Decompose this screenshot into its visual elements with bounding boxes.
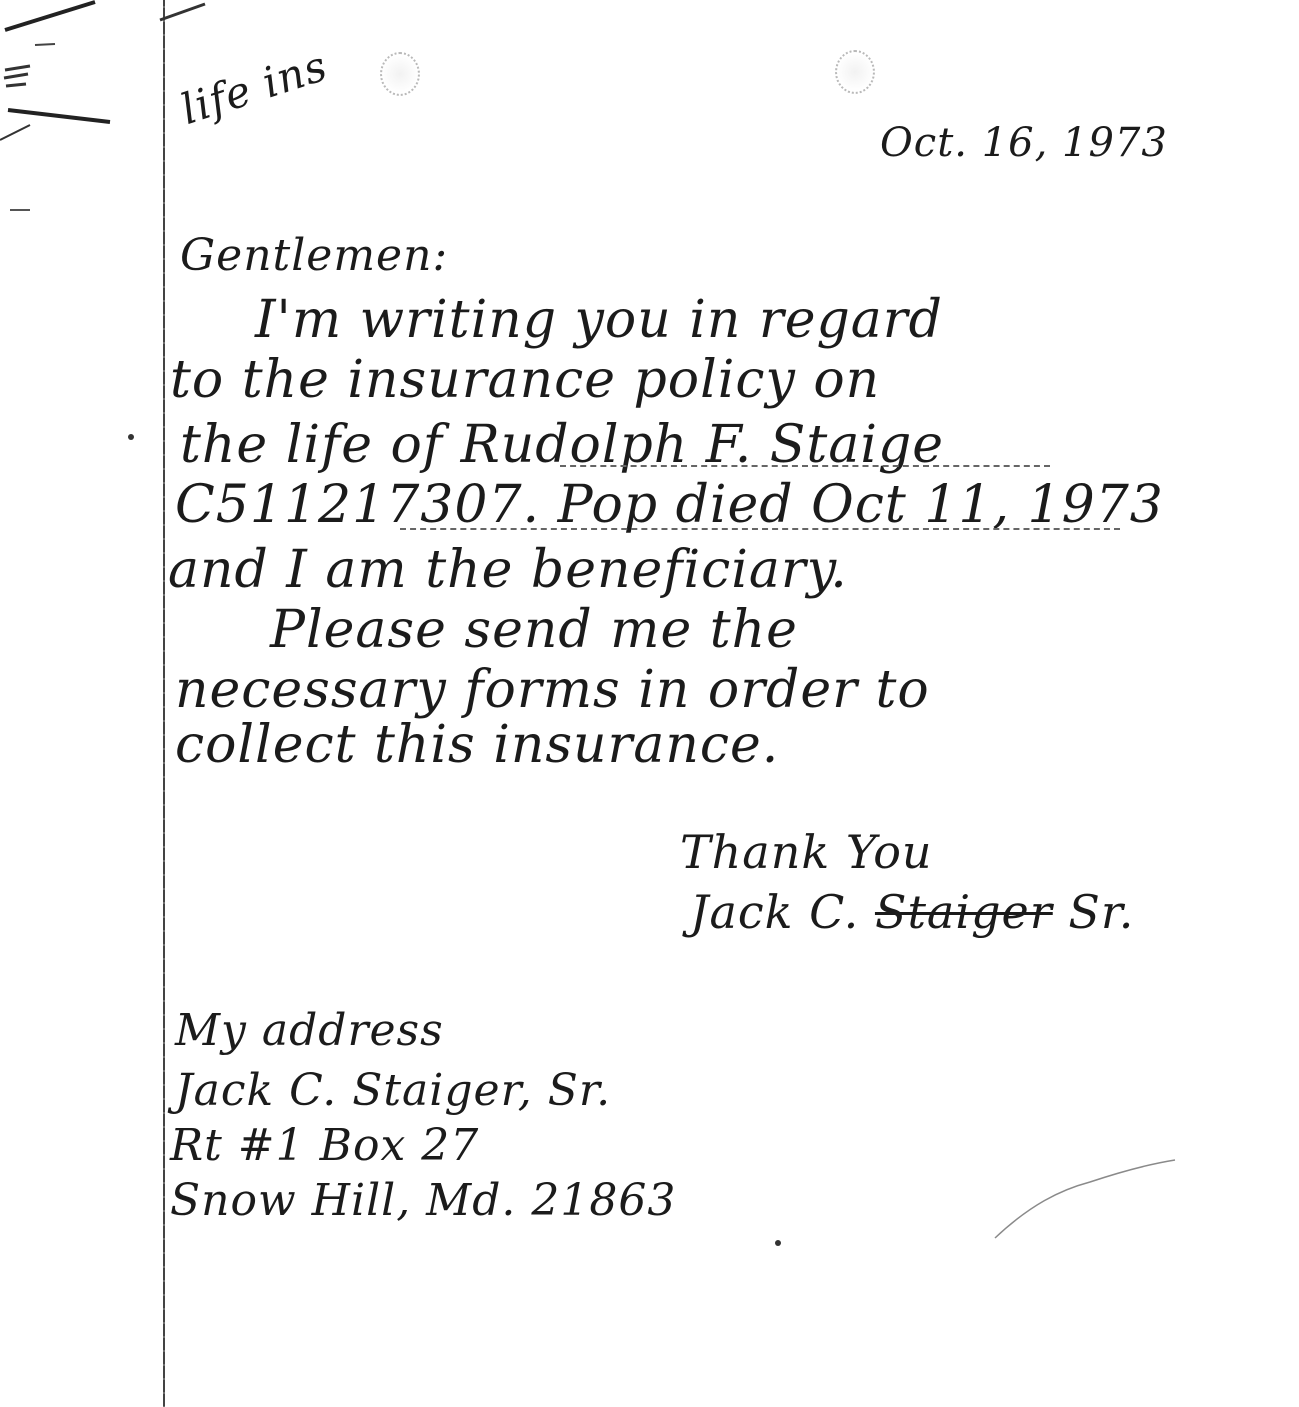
punch-hole-right xyxy=(835,50,875,94)
letter-date: Oct. 16, 1973 xyxy=(880,120,1168,166)
signature-surname-struck: Staiger xyxy=(875,885,1053,939)
body-line-5: and I am the beneficiary. xyxy=(168,540,848,600)
body-line-7: necessary forms in order to xyxy=(175,660,930,720)
scan-underline xyxy=(400,528,1120,530)
address-name: Jack C. Staiger, Sr. xyxy=(175,1065,611,1116)
scanned-letter-page: life ins Oct. 16, 1973 Gentlemen: I'm wr… xyxy=(0,0,1299,1407)
address-line-1: Rt #1 Box 27 xyxy=(170,1120,479,1171)
body-line-1: I'm writing you in regard xyxy=(255,290,943,350)
address-label: My address xyxy=(175,1005,444,1056)
signature-suffix: Sr. xyxy=(1068,885,1134,939)
body-line-2: to the insurance policy on xyxy=(170,350,880,410)
scan-underline xyxy=(560,465,1050,467)
body-line-6: Please send me the xyxy=(270,600,798,660)
signature: Jack C. Staiger Sr. xyxy=(690,885,1134,939)
pencil-stroke-artifact xyxy=(990,1150,1190,1250)
body-line-8: collect this insurance. xyxy=(175,715,779,775)
stray-dot xyxy=(128,434,134,440)
body-line-4-policy-and-death: C511217307. Pop died Oct 11, 1973 xyxy=(175,475,1164,535)
address-line-2: Snow Hill, Md. 21863 xyxy=(170,1175,676,1226)
closing: Thank You xyxy=(680,825,933,879)
stray-dot xyxy=(775,1240,781,1246)
salutation: Gentlemen: xyxy=(180,230,448,281)
signature-first-name: Jack C. xyxy=(690,885,859,939)
punch-hole-left xyxy=(380,52,420,96)
